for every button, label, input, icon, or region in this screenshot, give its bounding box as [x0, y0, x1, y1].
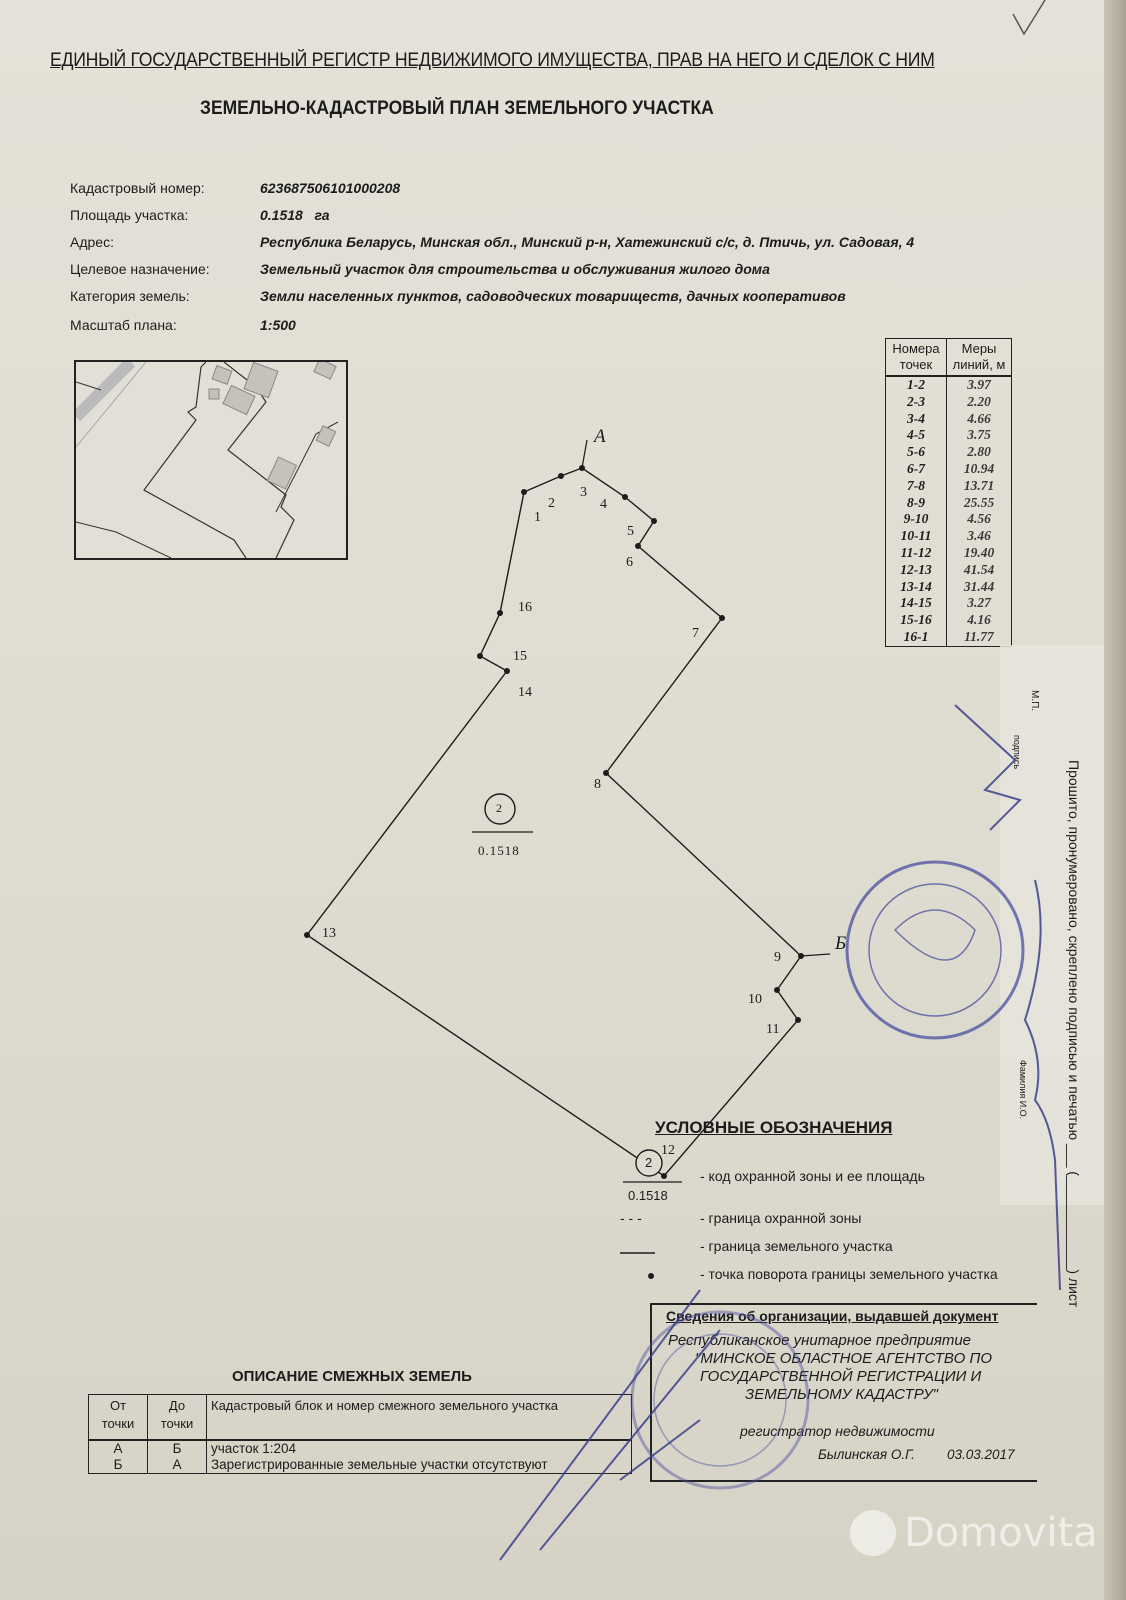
- page-edge: [1104, 0, 1126, 1600]
- signature-icon: [500, 705, 1060, 1560]
- stamps-and-signatures: [0, 0, 1104, 1600]
- watermark-text: Domovita: [904, 1510, 1098, 1556]
- official-stamp-icon: [632, 862, 1023, 1488]
- logo-dot-icon: [850, 1510, 896, 1556]
- domovita-watermark: Domovita: [850, 1510, 1098, 1556]
